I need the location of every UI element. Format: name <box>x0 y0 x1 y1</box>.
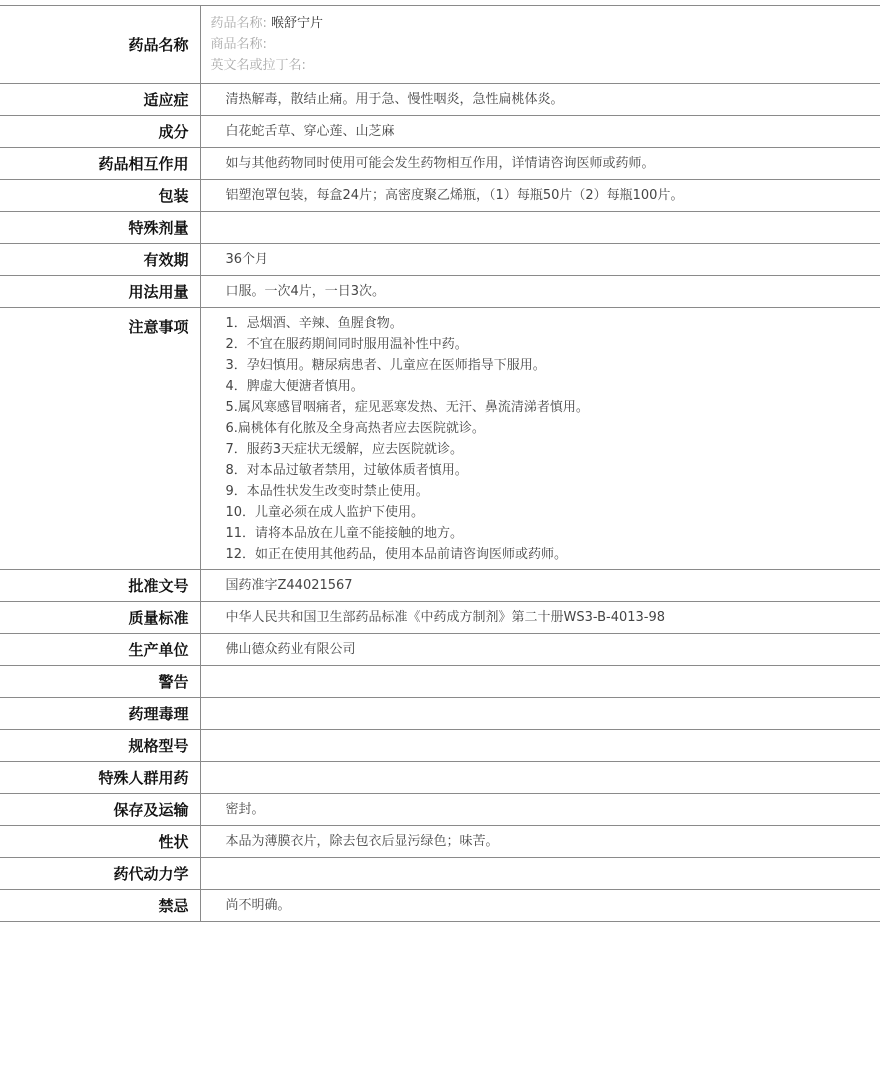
row-label: 保存及运输 <box>0 794 200 826</box>
precaution-item: 6.扁桃体有化脓及全身高热者应去医院就诊。 <box>226 418 880 439</box>
row-label: 适应症 <box>0 84 200 116</box>
row-value: 佛山德众药业有限公司 <box>200 634 880 666</box>
row-label: 包装 <box>0 180 200 212</box>
english-name-key: 英文名或拉丁名: <box>211 58 306 73</box>
precaution-item: 3．孕妇慎用。糖尿病患者、儿童应在医师指导下服用。 <box>226 355 880 376</box>
row-label: 生产单位 <box>0 634 200 666</box>
row-label: 特殊剂量 <box>0 212 200 244</box>
row-label: 性状 <box>0 826 200 858</box>
row-value <box>200 212 880 244</box>
row-label: 特殊人群用药 <box>0 762 200 794</box>
row-label: 成分 <box>0 116 200 148</box>
row-value: 白花蛇舌草、穿心莲、山芝麻 <box>200 116 880 148</box>
generic-name-line: 药品名称: 喉舒宁片 <box>211 13 880 34</box>
row-value: 36个月 <box>200 244 880 276</box>
precaution-item: 8．对本品过敏者禁用，过敏体质者慎用。 <box>226 460 880 481</box>
row-warning: 警告 <box>0 666 880 698</box>
precautions-list: 1．忌烟酒、辛辣、鱼腥食物。 2．不宜在服药期间同时服用温补性中药。 3．孕妇慎… <box>200 308 880 570</box>
row-label: 规格型号 <box>0 730 200 762</box>
row-value: 中华人民共和国卫生部药品标准《中药成方制剂》第二十册WS3-B-4013-98 <box>200 602 880 634</box>
row-value <box>200 762 880 794</box>
precaution-item: 9．本品性状发生改变时禁止使用。 <box>226 481 880 502</box>
row-value: 尚不明确。 <box>200 890 880 922</box>
row-label: 药品相互作用 <box>0 148 200 180</box>
precaution-item: 5.属风寒感冒咽痛者，症见恶寒发热、无汗、鼻流清涕者慎用。 <box>226 397 880 418</box>
precaution-item: 1．忌烟酒、辛辣、鱼腥食物。 <box>226 313 880 334</box>
row-precautions: 注意事项 1．忌烟酒、辛辣、鱼腥食物。 2．不宜在服药期间同时服用温补性中药。 … <box>0 308 880 570</box>
trade-name-line: 商品名称: <box>211 34 880 55</box>
row-value: 本品为薄膜衣片，除去包衣后显污绿色；味苦。 <box>200 826 880 858</box>
row-value <box>200 858 880 890</box>
row-label: 注意事项 <box>0 308 200 570</box>
generic-name-value: 喉舒宁片 <box>271 16 323 31</box>
row-contraindications: 禁忌 尚不明确。 <box>0 890 880 922</box>
drug-name-values: 药品名称: 喉舒宁片 商品名称: 英文名或拉丁名: <box>200 6 880 84</box>
row-dosage: 用法用量 口服。一次4片，一日3次。 <box>0 276 880 308</box>
row-drug-name: 药品名称 药品名称: 喉舒宁片 商品名称: 英文名或拉丁名: <box>0 6 880 84</box>
row-special-populations: 特殊人群用药 <box>0 762 880 794</box>
row-specification: 规格型号 <box>0 730 880 762</box>
row-special-dosage: 特殊剂量 <box>0 212 880 244</box>
row-shelf-life: 有效期 36个月 <box>0 244 880 276</box>
row-storage: 保存及运输 密封。 <box>0 794 880 826</box>
row-label: 用法用量 <box>0 276 200 308</box>
row-manufacturer: 生产单位 佛山德众药业有限公司 <box>0 634 880 666</box>
row-value: 密封。 <box>200 794 880 826</box>
row-interactions: 药品相互作用 如与其他药物同时使用可能会发生药物相互作用，详情请咨询医师或药师。 <box>0 148 880 180</box>
row-description: 性状 本品为薄膜衣片，除去包衣后显污绿色；味苦。 <box>0 826 880 858</box>
precaution-item: 12．如正在使用其他药品，使用本品前请咨询医师或药师。 <box>226 544 880 565</box>
row-label: 批准文号 <box>0 570 200 602</box>
precaution-item: 2．不宜在服药期间同时服用温补性中药。 <box>226 334 880 355</box>
row-label: 有效期 <box>0 244 200 276</box>
row-label: 禁忌 <box>0 890 200 922</box>
precaution-item: 4．脾虚大便溏者慎用。 <box>226 376 880 397</box>
precaution-item: 10．儿童必须在成人监护下使用。 <box>226 502 880 523</box>
row-value: 口服。一次4片，一日3次。 <box>200 276 880 308</box>
drug-spec-table: 药品名称 药品名称: 喉舒宁片 商品名称: 英文名或拉丁名: 适应症 清热解毒，… <box>0 5 880 922</box>
row-value <box>200 666 880 698</box>
row-approval-number: 批准文号 国药准字Z44021567 <box>0 570 880 602</box>
row-value: 如与其他药物同时使用可能会发生药物相互作用，详情请咨询医师或药师。 <box>200 148 880 180</box>
generic-name-key: 药品名称: <box>211 16 267 31</box>
row-indications: 适应症 清热解毒，散结止痛。用于急、慢性咽炎，急性扁桃体炎。 <box>0 84 880 116</box>
row-quality-standard: 质量标准 中华人民共和国卫生部药品标准《中药成方制剂》第二十册WS3-B-401… <box>0 602 880 634</box>
row-pharmacokinetics: 药代动力学 <box>0 858 880 890</box>
row-value <box>200 698 880 730</box>
row-label: 药理毒理 <box>0 698 200 730</box>
precaution-item: 7．服药3天症状无缓解，应去医院就诊。 <box>226 439 880 460</box>
row-pharmacology: 药理毒理 <box>0 698 880 730</box>
row-label: 药品名称 <box>0 6 200 84</box>
precaution-item: 11．请将本品放在儿童不能接触的地方。 <box>226 523 880 544</box>
row-label: 药代动力学 <box>0 858 200 890</box>
row-ingredients: 成分 白花蛇舌草、穿心莲、山芝麻 <box>0 116 880 148</box>
row-packaging: 包装 铝塑泡罩包装，每盒24片；高密度聚乙烯瓶，（1）每瓶50片（2）每瓶100… <box>0 180 880 212</box>
row-value: 铝塑泡罩包装，每盒24片；高密度聚乙烯瓶，（1）每瓶50片（2）每瓶100片。 <box>200 180 880 212</box>
row-label: 警告 <box>0 666 200 698</box>
english-name-line: 英文名或拉丁名: <box>211 55 880 76</box>
row-label: 质量标准 <box>0 602 200 634</box>
trade-name-key: 商品名称: <box>211 37 267 52</box>
row-value: 国药准字Z44021567 <box>200 570 880 602</box>
row-value <box>200 730 880 762</box>
row-value: 清热解毒，散结止痛。用于急、慢性咽炎，急性扁桃体炎。 <box>200 84 880 116</box>
